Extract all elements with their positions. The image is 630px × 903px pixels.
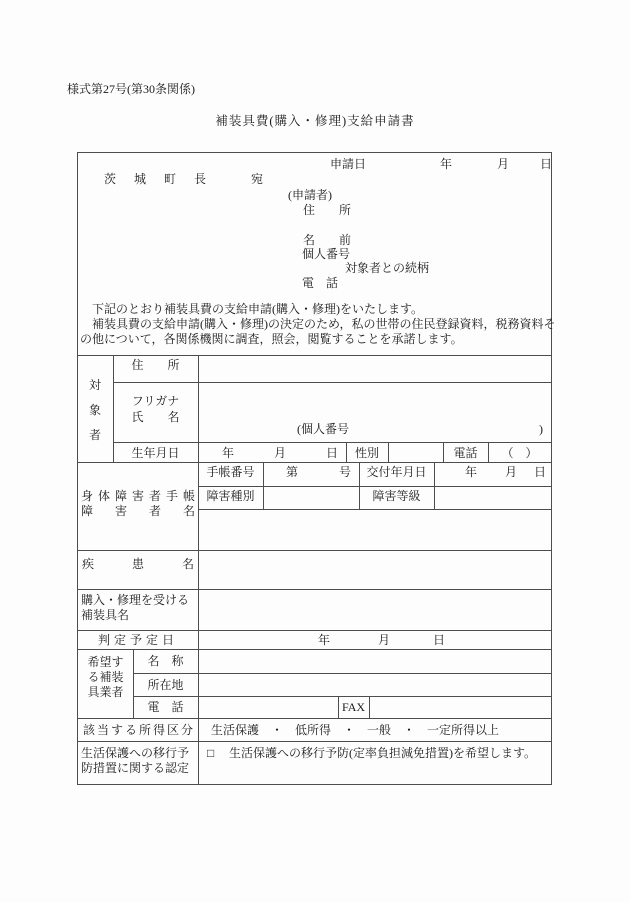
birthdate-month-label: 月	[274, 446, 286, 460]
form-outer-box: 申請日 年 月 日 茨城町長 宛 (申請者) 住 所 名 前 個人番号 対象者と…	[77, 152, 552, 785]
table-line	[78, 550, 551, 551]
welfare-checkbox-text: 生活保護への移行予防(定率負担減免措置)を希望します。	[229, 746, 536, 760]
applicant-label: (申請者)	[288, 188, 332, 202]
judgement-year-label: 年	[318, 633, 330, 647]
table-line	[78, 589, 551, 590]
table-line	[78, 649, 551, 650]
applicant-name-label: 名 前	[303, 233, 351, 247]
table-line	[78, 462, 551, 463]
form-number: 様式第27号(第30条関係)	[67, 82, 195, 96]
vendor-fax-label: FAX	[338, 700, 369, 714]
table-line	[78, 718, 551, 719]
judgement-day-label: 日	[433, 633, 445, 647]
vendor-group-label: 希望す る補装 具業者	[78, 655, 133, 700]
table-line	[434, 462, 435, 509]
subject-group-label: 対象者	[88, 373, 102, 448]
techo-group-label: 身体障害者手帳 障害者名	[78, 489, 198, 519]
welfare-certification-label-line2: 防措置に関する認定	[81, 761, 198, 776]
subject-birthdate-label: 生年月日	[113, 446, 198, 460]
income-category-options: 生活保護 ・ 低所得 ・ 一般 ・ 一定所得以上	[211, 723, 499, 737]
table-line	[133, 673, 551, 674]
techo-number-prefix: 第	[286, 465, 298, 479]
techo-group-label-line1: 身体障害者手帳	[81, 489, 195, 504]
application-date-label: 申請日	[330, 157, 366, 171]
disability-grade-label: 障害等級	[359, 489, 434, 503]
vendor-name-label: 名 称	[133, 654, 198, 668]
income-category-label: 該当する所得区分	[78, 723, 198, 737]
subject-personal-number-paren-open: (個人番号	[297, 422, 349, 436]
techo-number-suffix: 号	[339, 465, 351, 479]
table-line	[78, 355, 551, 356]
application-form-page: 様式第27号(第30条関係) 補装具費(購入・修理)支給申請書 申請日 年 月 …	[0, 0, 630, 903]
declaration-line: 下記のとおり補装具費の支給申請(購入・修理)をいたします。	[80, 302, 556, 317]
table-line	[198, 355, 199, 784]
table-line	[113, 382, 551, 383]
device-label-line2: 補装具名	[81, 608, 198, 623]
declaration-paragraph: 下記のとおり補装具費の支給申請(購入・修理)をいたします。 補装具費の支給申請(…	[80, 302, 556, 347]
table-line	[78, 630, 551, 631]
table-line	[263, 462, 264, 509]
addressee: 茨城町長	[104, 172, 224, 186]
techo-issue-date-label: 交付年月日	[359, 465, 434, 479]
welfare-certification-label-line1: 生活保護への移行予	[81, 746, 198, 761]
subject-phone-parens: （ ）	[488, 446, 551, 460]
disability-type-label: 障害種別	[198, 489, 263, 503]
subject-phone-label: 電話	[443, 446, 488, 460]
application-date-month-label: 月	[497, 157, 509, 171]
issue-month-label: 月	[505, 465, 517, 479]
table-line	[388, 442, 389, 462]
subject-gender-label: 性別	[346, 446, 388, 460]
declaration-line: 補装具費の支給申請(購入・修理)の決定のため，私の世帯の住民登録資料，税務資料そ	[80, 317, 556, 332]
judgement-date-label: 判定予定日	[78, 633, 198, 647]
applicant-relationship-label: 対象者との続柄	[345, 261, 429, 275]
table-line	[78, 741, 551, 742]
table-line	[113, 442, 551, 443]
welfare-certification-label: 生活保護への移行予 防措置に関する認定	[81, 746, 198, 776]
techo-group-label-line2: 障害者名	[81, 504, 195, 519]
table-line	[369, 696, 370, 718]
techo-number-label: 手帳番号	[198, 465, 263, 479]
subject-name-label: 氏 名	[113, 410, 198, 424]
table-line	[198, 486, 551, 487]
application-date-day-label: 日	[540, 157, 552, 171]
vendor-group-label-line1: 希望す	[78, 655, 133, 670]
applicant-personal-number-label: 個人番号	[302, 247, 350, 261]
vendor-phone-label: 電 話	[133, 700, 198, 714]
birthdate-day-label: 日	[326, 446, 338, 460]
birthdate-year-label: 年	[222, 446, 234, 460]
issue-year-label: 年	[465, 465, 477, 479]
application-date-year-label: 年	[440, 157, 452, 171]
table-line	[198, 509, 551, 510]
declaration-line: の他について，各関係機関に調査，照会，閲覧することを承諾します。	[80, 332, 556, 347]
vendor-group-label-line3: 具業者	[78, 685, 133, 700]
page-title: 補装具費(購入・修理)支給申請書	[0, 111, 630, 129]
applicant-address-label: 住 所	[303, 203, 351, 217]
addressee-suffix: 宛	[251, 172, 263, 186]
subject-furigana-label: フリガナ	[113, 394, 198, 408]
vendor-address-label: 所在地	[133, 678, 198, 692]
judgement-month-label: 月	[378, 633, 390, 647]
subject-personal-number-paren-close: )	[539, 422, 543, 436]
applicant-phone-label: 電 話	[302, 276, 338, 290]
table-line	[133, 696, 551, 697]
welfare-checkbox: □	[207, 746, 214, 760]
vendor-group-label-line2: る補装	[78, 670, 133, 685]
subject-address-label: 住 所	[113, 358, 198, 372]
issue-day-label: 日	[534, 465, 546, 479]
disease-name-label: 疾患名	[78, 557, 198, 571]
device-label: 購入・修理を受ける 補装具名	[81, 593, 198, 623]
device-label-line1: 購入・修理を受ける	[81, 593, 198, 608]
